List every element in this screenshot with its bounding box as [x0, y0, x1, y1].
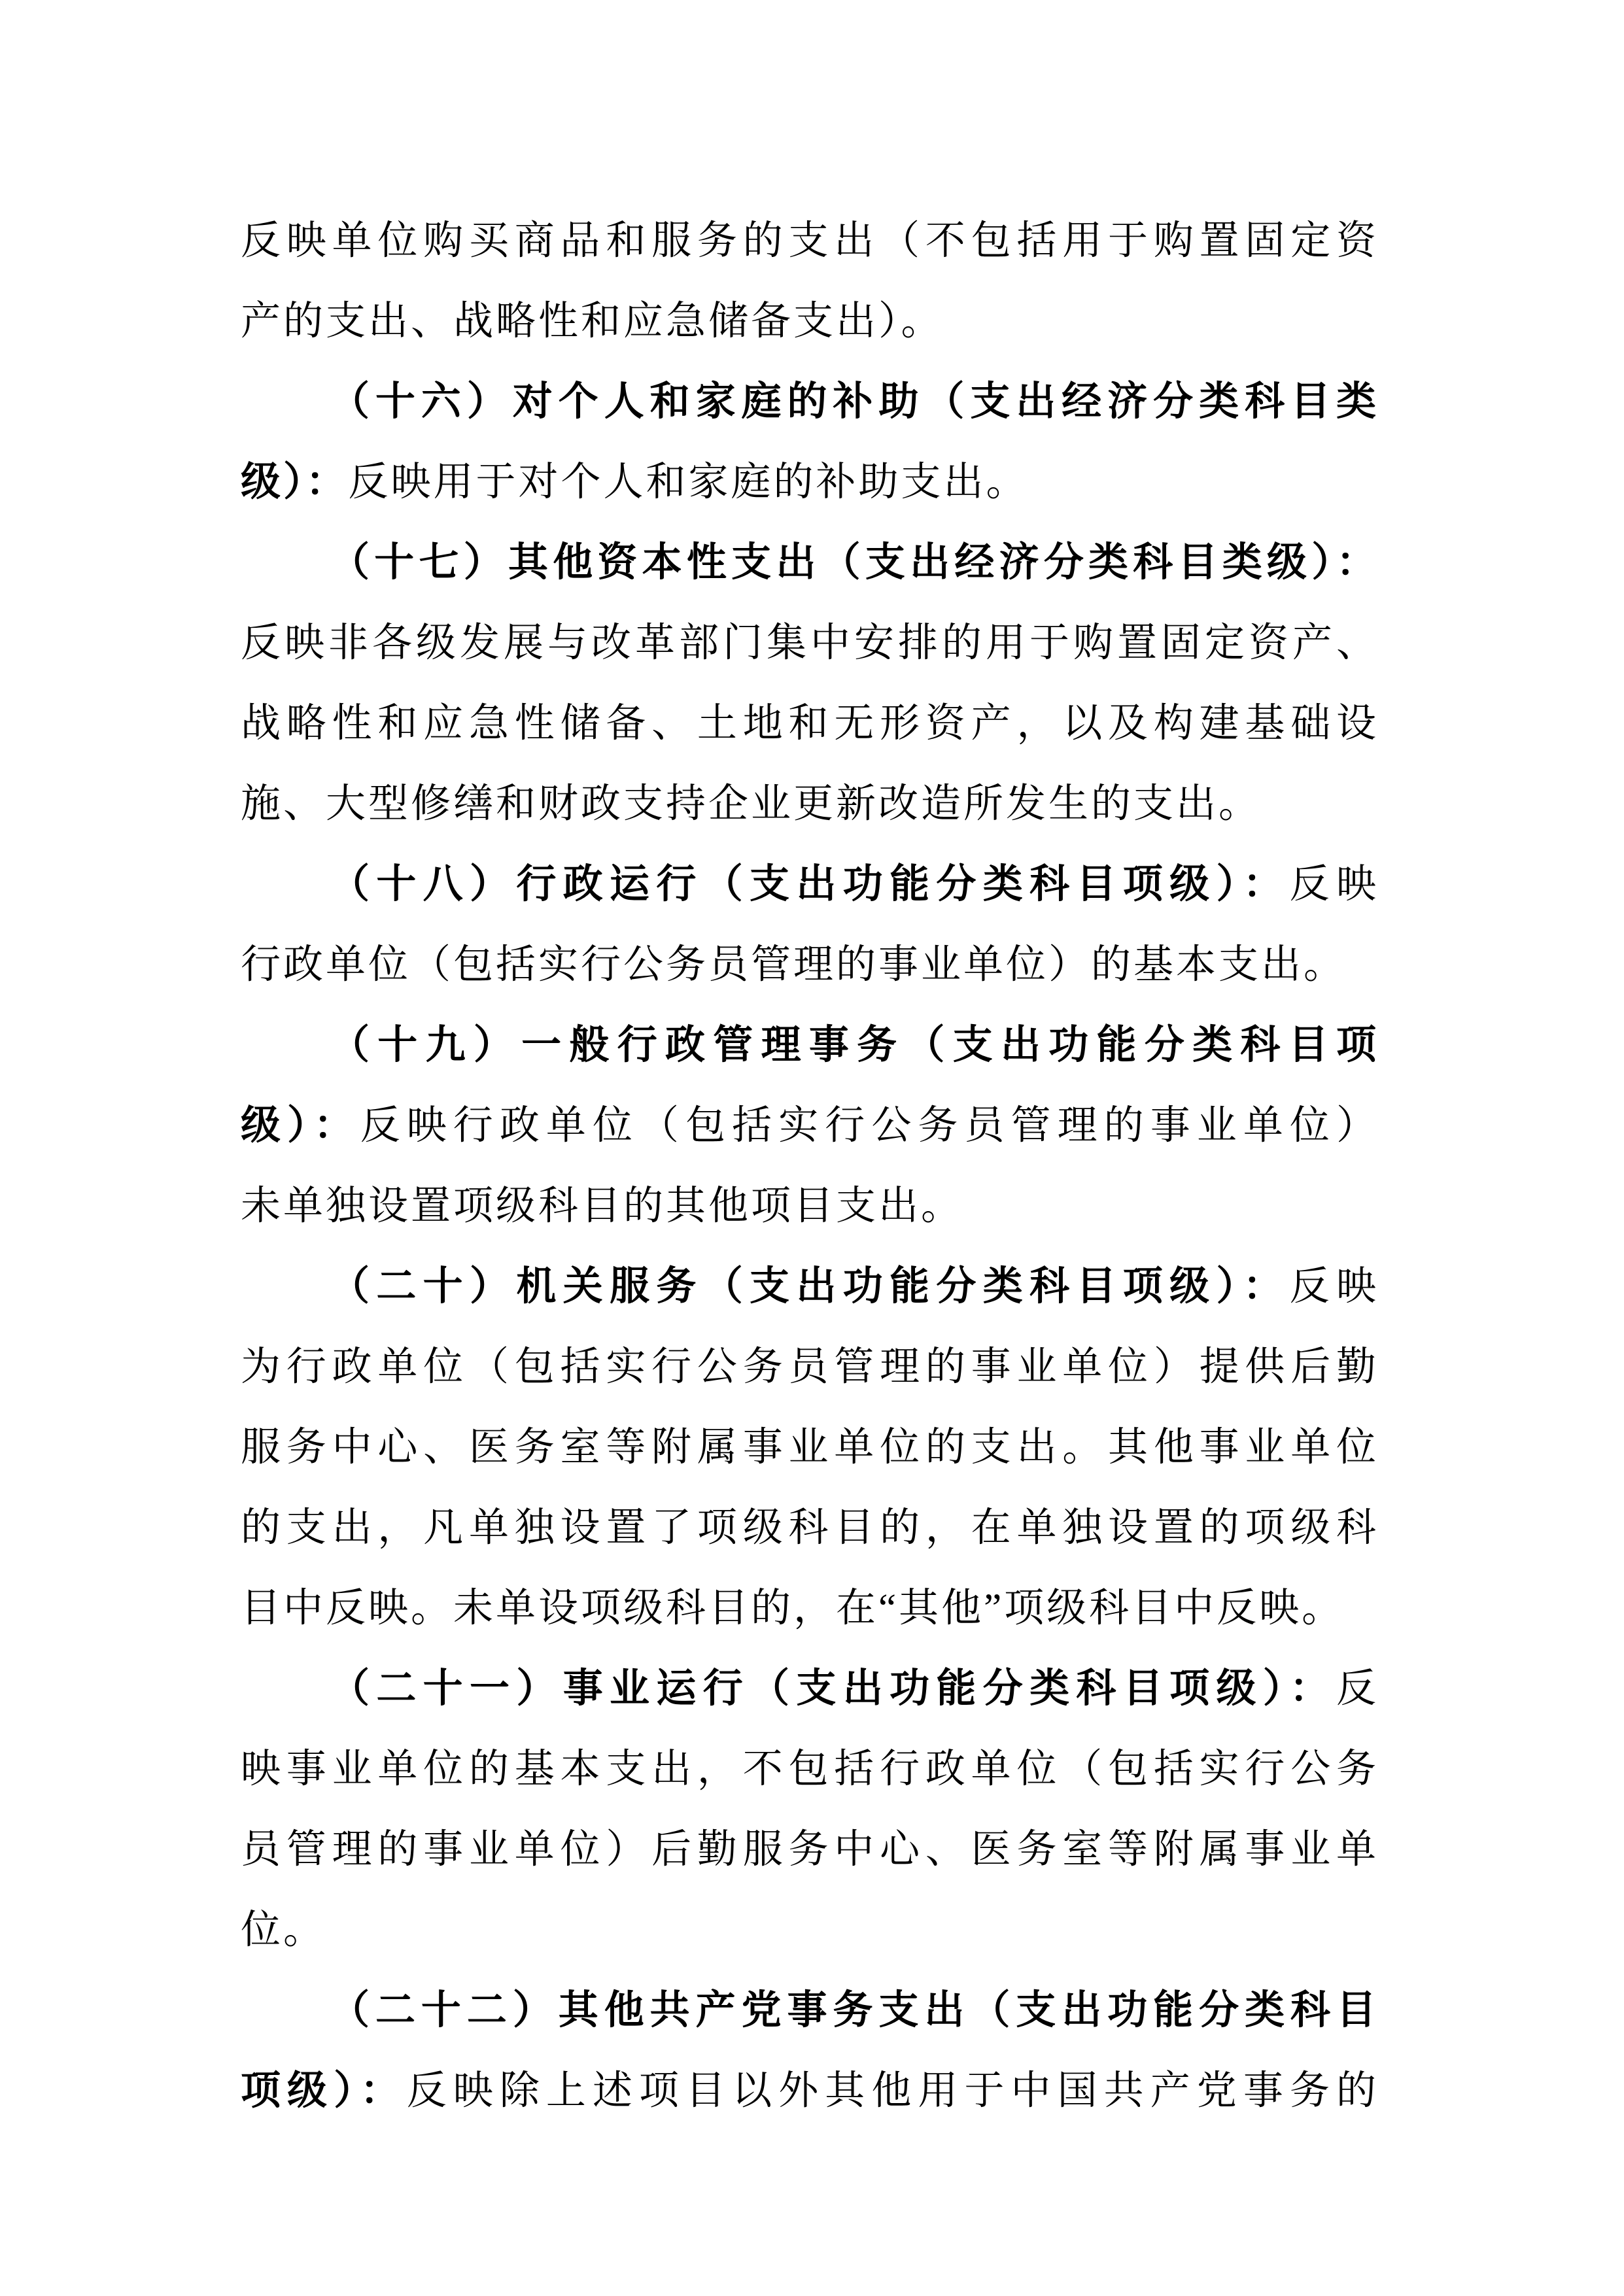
text-line: 战略性和应急性储备、土地和无形资产，以及构建基础设 — [241, 683, 1379, 764]
text-line: （二十二）其他共产党事务支出（支出功能分类科目 — [241, 1970, 1379, 2051]
heading-text-run: （二十二）其他共产党事务支出（支出功能分类科目 — [330, 1989, 1379, 2032]
text-line: 映事业单位的基本支出，不包括行政单位（包括实行公务 — [241, 1729, 1379, 1809]
body-text-run: 员管理的事业单位）后勤服务中心、医务室等附属事业单 — [241, 1828, 1379, 1872]
body-text-run: 的支出，凡单独设置了项级科目的，在单独设置的项级科 — [241, 1506, 1379, 1550]
text-line: 员管理的事业单位）后勤服务中心、医务室等附属事业单 — [241, 1809, 1379, 1890]
heading-text-run: （十九）一般行政管理事务（支出功能分类科目项 — [330, 1023, 1379, 1067]
heading-text-run: （十八）行政运行（支出功能分类科目项级）： — [330, 863, 1290, 906]
text-line: （十九）一般行政管理事务（支出功能分类科目项 — [241, 1005, 1379, 1086]
text-line: 目中反映。未单设项级科目的，在“其他”项级科目中反映。 — [241, 1568, 1379, 1649]
text-line: （十六）对个人和家庭的补助（支出经济分类科目类 — [241, 362, 1379, 442]
text-line: 为行政单位（包括实行公务员管理的事业单位）提供后勤 — [241, 1327, 1379, 1407]
text-line: （二十一）事业运行（支出功能分类科目项级）：反 — [241, 1649, 1379, 1729]
heading-text-run: （十六）对个人和家庭的补助（支出经济分类科目类 — [330, 380, 1379, 424]
heading-text-run: （二十一）事业运行（支出功能分类科目项级）： — [330, 1667, 1336, 1711]
body-text-run: 映事业单位的基本支出，不包括行政单位（包括实行公务 — [241, 1747, 1379, 1791]
heading-text-run: （二十）机关服务（支出功能分类科目项级）： — [330, 1265, 1290, 1309]
text-line: 反映单位购买商品和服务的支出（不包括用于购置固定资 — [241, 201, 1379, 281]
text-line: 行政单位（包括实行公务员管理的事业单位）的基本支出。 — [241, 925, 1379, 1005]
document-page: 反映单位购买商品和服务的支出（不包括用于购置固定资产的支出、战略性和应急储备支出… — [0, 0, 1624, 2296]
body-text-run: 为行政单位（包括实行公务员管理的事业单位）提供后勤 — [241, 1345, 1379, 1389]
body-text-run: 目中反映。未单设项级科目的，在“其他”项级科目中反映。 — [241, 1586, 1344, 1630]
text-line: 未单独设置项级科目的其他项目支出。 — [241, 1166, 1379, 1246]
text-line: 产的支出、战略性和应急储备支出）。 — [241, 281, 1379, 362]
text-line: 级）：反映行政单位（包括实行公务员管理的事业单位） — [241, 1086, 1379, 1166]
body-text-run: 反映用于对个人和家庭的补助支出。 — [349, 460, 1029, 504]
body-text-run: 反映除上述项目以外其他用于中国共产党事务的 — [407, 2069, 1379, 2113]
body-text-run: 反映 — [1290, 863, 1379, 906]
text-line: （十七）其他资本性支出（支出经济分类科目类级）： — [241, 523, 1379, 603]
body-text-run: 位。 — [241, 1908, 326, 1952]
body-text-run: 服务中心、医务室等附属事业单位的支出。其他事业单位 — [241, 1426, 1379, 1469]
body-text-run: 反 — [1336, 1667, 1379, 1711]
body-text-run: 行政单位（包括实行公务员管理的事业单位）的基本支出。 — [241, 943, 1346, 987]
body-text-run: 反映 — [1290, 1265, 1379, 1309]
heading-text-run: （十七）其他资本性支出（支出经济分类科目类级）： — [330, 541, 1379, 585]
body-text-run: 产的支出、战略性和应急储备支出）。 — [241, 300, 944, 343]
text-line: （十八）行政运行（支出功能分类科目项级）：反映 — [241, 844, 1379, 925]
text-line: 反映非各级发展与改革部门集中安排的用于购置固定资产、 — [241, 603, 1379, 683]
heading-text-run: 级）： — [241, 460, 349, 504]
text-line: 项级）：反映除上述项目以外其他用于中国共产党事务的 — [241, 2051, 1379, 2131]
body-text-run: 反映行政单位（包括实行公务员管理的事业单位） — [360, 1104, 1379, 1148]
text-line: 级）：反映用于对个人和家庭的补助支出。 — [241, 442, 1379, 523]
heading-text-run: 级）： — [241, 1104, 360, 1148]
text-line: 施、大型修缮和财政支持企业更新改造所发生的支出。 — [241, 764, 1379, 844]
text-line: 服务中心、医务室等附属事业单位的支出。其他事业单位 — [241, 1407, 1379, 1488]
body-text-run: 反映非各级发展与改革部门集中安排的用于购置固定资产、 — [241, 621, 1379, 665]
document-body: 反映单位购买商品和服务的支出（不包括用于购置固定资产的支出、战略性和应急储备支出… — [241, 201, 1379, 2131]
body-text-run: 未单独设置项级科目的其他项目支出。 — [241, 1184, 963, 1228]
text-line: （二十）机关服务（支出功能分类科目项级）：反映 — [241, 1246, 1379, 1327]
heading-text-run: 项级）： — [241, 2069, 407, 2113]
body-text-run: 反映单位购买商品和服务的支出（不包括用于购置固定资 — [241, 219, 1379, 263]
text-line: 位。 — [241, 1890, 1379, 1970]
body-text-run: 战略性和应急性储备、土地和无形资产，以及构建基础设 — [241, 702, 1379, 745]
body-text-run: 施、大型修缮和财政支持企业更新改造所发生的支出。 — [241, 782, 1261, 826]
text-line: 的支出，凡单独设置了项级科目的，在单独设置的项级科 — [241, 1488, 1379, 1568]
